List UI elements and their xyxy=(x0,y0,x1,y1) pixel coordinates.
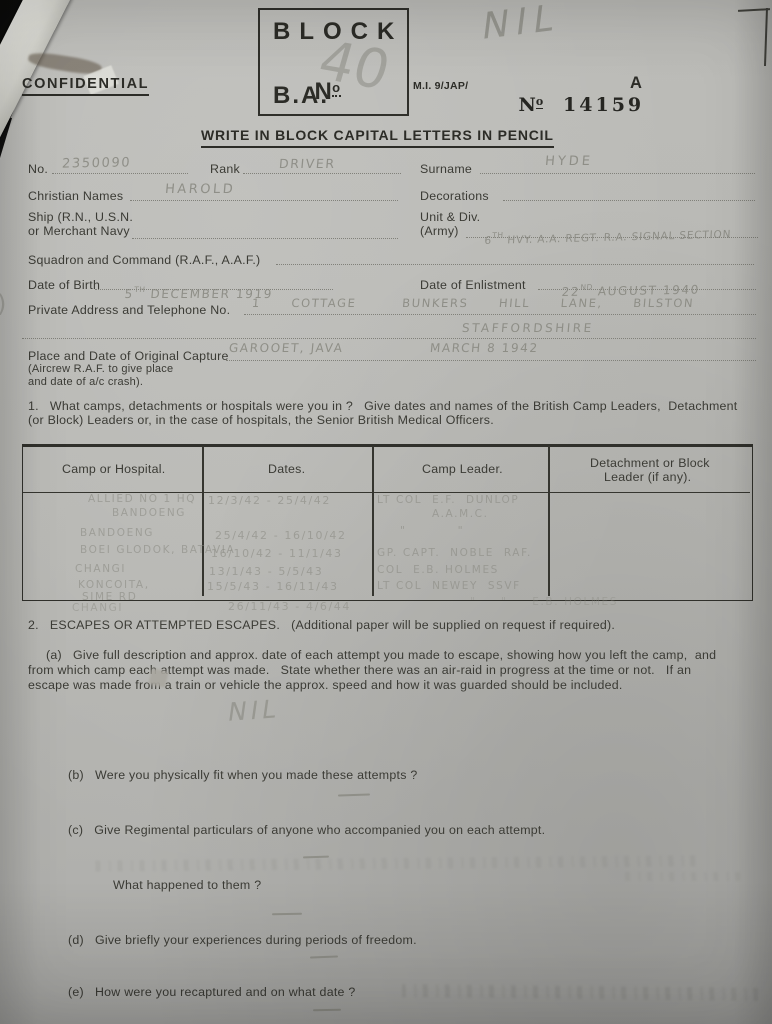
unit-line xyxy=(466,237,758,238)
decorations-line xyxy=(503,200,755,201)
paper-fold xyxy=(0,0,71,215)
unit-value: 6TH HVY. A.A. REGT. R.A. SIGNAL SECTION xyxy=(467,213,733,260)
decorations-label: Decorations xyxy=(420,189,489,203)
leader-entry-3: GP. CAPT. NOBLE RAF. xyxy=(377,547,532,559)
leader-entry-overflow: " " E.B. HOLMES xyxy=(470,596,618,608)
surname-label: Surname xyxy=(420,162,472,176)
camps-table-divider-2 xyxy=(372,446,374,596)
camp-entry-1a: ALLIED NO 1 HQ xyxy=(88,493,196,505)
dates-entry-2: 25/4/42 - 16/10/42 xyxy=(215,529,347,542)
pencil-dash-3 xyxy=(272,913,302,916)
surname-value: HYDE xyxy=(544,154,593,169)
service-number-value: 2350090 xyxy=(61,155,131,171)
dates-entry-3: 16/10/42 - 11/1/43 xyxy=(211,547,343,560)
camps-table-divider-1 xyxy=(202,446,204,596)
christian-names-line xyxy=(130,200,398,201)
camps-table-header-detachment-line1: Detachment or Block xyxy=(590,456,710,470)
dates-entry-4: 13/1/43 - 5/5/43 xyxy=(209,565,323,578)
question1-line1: 1. What camps, detachments or hospitals … xyxy=(28,399,738,413)
squadron-line xyxy=(276,264,754,265)
ship-label-line2: or Merchant Navy xyxy=(28,224,130,238)
service-number-label: No. xyxy=(28,162,48,176)
address-line1 xyxy=(244,314,756,315)
address-value-line2: STAFFORDSHIRE xyxy=(461,321,594,335)
unit-label-line2: (Army) xyxy=(420,224,459,238)
mi9-reference-prefix: M.I. 9/JAP/ xyxy=(413,80,468,92)
margin-paren-mark: ) xyxy=(0,290,8,318)
leader-entry-1a: LT COL E.F. DUNLOP xyxy=(377,494,519,506)
surname-line xyxy=(480,173,755,174)
camps-table-header-camp: Camp or Hospital. xyxy=(62,462,165,476)
pow-form-page: CONFIDENTIAL BLOCK No B.A. 40 NIL M.I. 9… xyxy=(0,0,772,1024)
camp-entry-2: BANDOENG xyxy=(80,527,154,539)
capture-place-value: GAROOET, JAVA xyxy=(228,341,344,355)
camp-entry-1b: BANDOENG xyxy=(112,507,186,519)
instruction-heading: WRITE IN BLOCK CAPITAL LETTERS IN PENCIL xyxy=(201,127,554,148)
bleedthrough-text-3 xyxy=(402,984,758,1001)
pencil-dash-2 xyxy=(303,856,329,859)
camp-entry-4: CHANGI xyxy=(75,563,126,575)
camps-table-header-dates: Dates. xyxy=(268,462,305,476)
classification-stamp: CONFIDENTIAL xyxy=(22,76,149,96)
question2c-followup: What happened to them ? xyxy=(113,878,261,892)
mi9-reference-suffix: A xyxy=(630,74,642,93)
pencil-dash-1 xyxy=(338,793,370,796)
capture-note-line2: and date of a/c crash). xyxy=(28,376,143,388)
pencil-dash-5 xyxy=(313,1009,341,1011)
capture-line xyxy=(226,360,756,361)
capture-note-line1: (Aircrew R.A.F. to give place xyxy=(28,363,173,375)
question2a-line3: escape was made from a train or vehicle … xyxy=(28,678,623,692)
camps-table-header-detachment-line2: Leader (if any). xyxy=(604,470,691,484)
camp-entry-overflow: CHANGI xyxy=(72,602,123,614)
leader-entry-4: COL E.B. HOLMES xyxy=(377,564,499,576)
address-line2 xyxy=(22,338,756,339)
question2-heading: 2. ESCAPES OR ATTEMPTED ESCAPES. (Additi… xyxy=(28,618,615,632)
squadron-label: Squadron and Command (R.A.F., A.A.F.) xyxy=(28,253,260,267)
ship-line xyxy=(132,238,398,239)
address-label: Private Address and Telephone No. xyxy=(28,303,230,317)
dates-entry-5: 15/5/43 - 16/11/43 xyxy=(207,580,339,593)
question2a-line2: from which camp each attempt was made. S… xyxy=(28,663,691,677)
christian-names-label: Christian Names xyxy=(28,189,123,203)
date-of-enlistment-label: Date of Enlistment xyxy=(420,278,526,292)
date-of-enlistment-line xyxy=(538,289,756,290)
date-of-birth-line xyxy=(95,289,333,290)
christian-names-value: HAROLD xyxy=(164,182,235,197)
rank-label: Rank xyxy=(210,162,240,176)
pencil-nil-note: NIL xyxy=(480,0,563,48)
corner-mark-top-right-v xyxy=(764,8,768,66)
rank-line xyxy=(243,173,401,174)
leader-entry-1b: A.A.M.C. xyxy=(432,508,489,520)
address-value-line1: 1 COTTAGE BUNKERS HILL LANE, BILSTON xyxy=(251,296,694,310)
question2b: (b) Were you physically fit when you mad… xyxy=(68,768,417,782)
bleedthrough-text-1 xyxy=(95,855,695,871)
question2e: (e) How were you recaptured and on what … xyxy=(68,985,356,999)
question2c: (c) Give Regimental particulars of anyon… xyxy=(68,823,545,837)
bleedthrough-text-2 xyxy=(620,872,740,881)
dates-entry-overflow: 26/11/43 - 4/6/44 xyxy=(228,600,351,613)
question2a-line1: (a) Give full description and approx. da… xyxy=(46,648,716,662)
rank-value: DRIVER xyxy=(278,156,336,171)
answer-nil: NIL xyxy=(226,694,282,727)
camps-table-header-leader: Camp Leader. xyxy=(422,462,503,476)
question1-line2: (or Block) Leaders or, in the case of ho… xyxy=(28,413,494,427)
serial-number: 14159 xyxy=(563,94,644,116)
capture-label: Place and Date of Original Capture xyxy=(28,349,229,363)
capture-date-value: MARCH 8 1942 xyxy=(429,341,539,355)
leader-entry-2: " " xyxy=(400,524,464,537)
question2d: (d) Give briefly your experiences during… xyxy=(68,933,417,947)
date-of-birth-label: Date of Birth xyxy=(28,278,100,292)
pencil-dash-4 xyxy=(310,956,338,959)
ship-label-line1: Ship (R.N., U.S.N. xyxy=(28,210,133,224)
dates-entry-1: 12/3/42 - 25/4/42 xyxy=(208,494,331,507)
camps-table-divider-3 xyxy=(548,446,550,596)
service-number-line xyxy=(52,173,188,174)
leader-entry-5: LT COL NEWEY SSVF xyxy=(377,580,521,592)
camp-entry-5a: KONCOITA, xyxy=(78,579,150,591)
